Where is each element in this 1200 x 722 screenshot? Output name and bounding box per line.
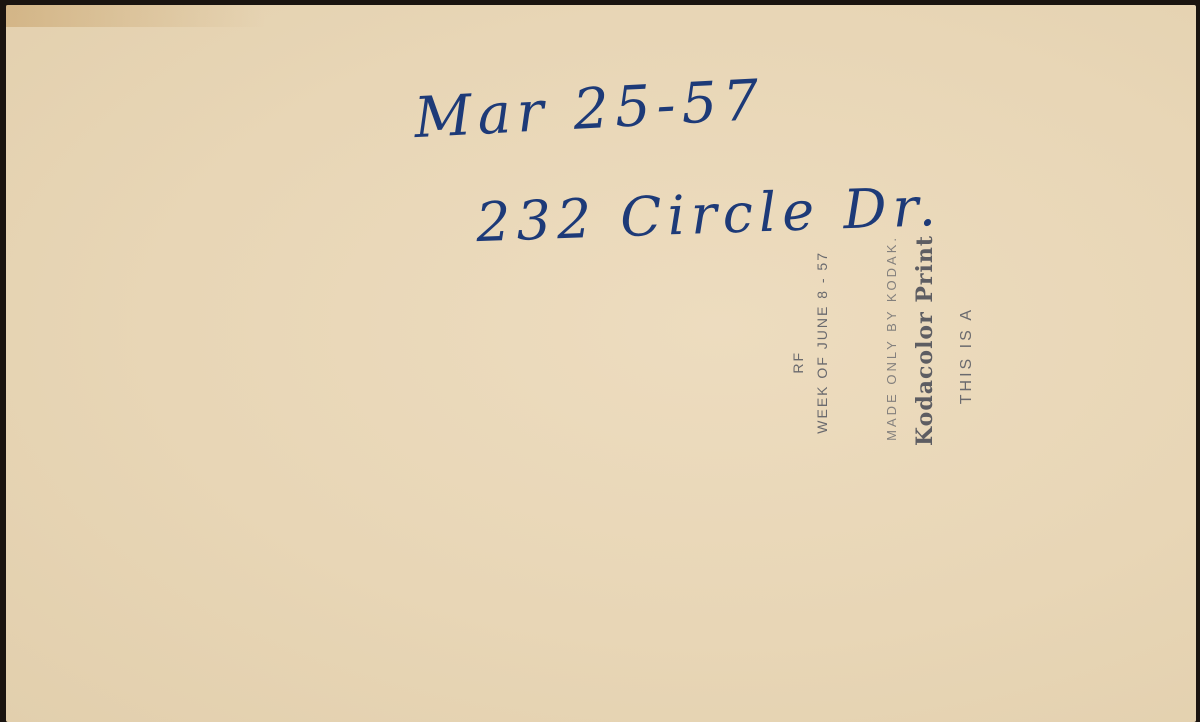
stamp-line-week-of: WEEK OF JUNE 8 - 57 (814, 251, 830, 434)
kodacolor-stamp: THIS IS A Kodacolor Print MADE ONLY BY K… (786, 235, 996, 515)
handwritten-date: Mar 25-57 (413, 68, 767, 151)
stamp-line-kodacolor-print: Kodacolor Print (912, 235, 938, 446)
stamp-line-this-is-a: THIS IS A (958, 307, 976, 404)
stamp-line-made-by-kodak: MADE ONLY BY KODAK. (884, 235, 899, 441)
stamp-line-rf: RF (790, 351, 806, 374)
photo-back-card: Mar 25-57 232 Circle Dr. THIS IS A Kodac… (6, 5, 1196, 722)
